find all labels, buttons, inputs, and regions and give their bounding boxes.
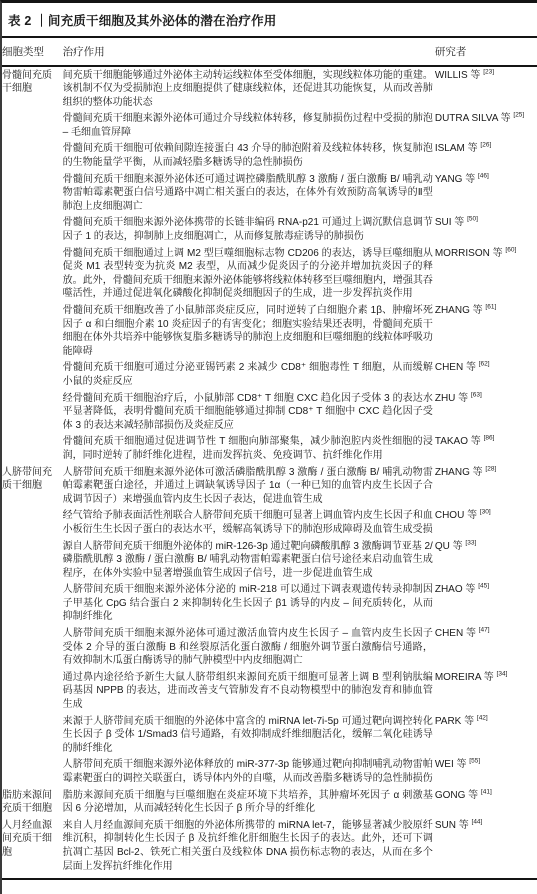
- table-header: 细胞类型 治疗作用 研究者: [2, 38, 537, 66]
- researcher-name: SUI 等 [50]: [435, 215, 537, 245]
- table-body: 骨髓间充质干细胞间充质干细胞能够通过外泌体主动转运线粒体至受体细胞，实现线粒体功…: [2, 66, 537, 879]
- researcher-name: CHEN 等 [47]: [435, 626, 537, 670]
- researcher-label: DUTRA SILVA 等: [435, 113, 514, 124]
- researcher-name: CHOU 等 [30]: [435, 508, 537, 538]
- reference-number: [25]: [513, 112, 524, 119]
- researcher-label: PARK 等: [435, 716, 477, 727]
- researcher-name: ZHANG 等 [28]: [435, 464, 537, 508]
- researcher-label: ZHANG 等: [435, 467, 486, 478]
- reference-number: [55]: [469, 758, 480, 765]
- therapeutic-effect-text: 经气管给予肺表面活性剂联合人脐带间充质干细胞可显著上调血管内皮生长因子和血小板衍…: [63, 508, 435, 538]
- reference-number: [63]: [471, 391, 482, 398]
- therapeutic-effect-text: 来源于人脐带间充质干细胞的外泌体中富含的 miRNA let-7i-5p 可通过…: [63, 713, 435, 757]
- researcher-name: GONG 等 [41]: [435, 787, 537, 817]
- table-row: 通过鼻内途径给予新生大鼠人脐带组织来源间充质干细胞可显著上调 B 型利钠肽编码基…: [2, 669, 537, 713]
- reference-number: [62]: [479, 361, 490, 368]
- therapeutic-effect-text: 骨髓间充质干细胞来源外泌体可通过介导线粒体转移，修复肺损伤过程中受损的肺泡 – …: [63, 111, 435, 141]
- cell-type-label: 人月经血源间充质干细胞: [2, 817, 63, 879]
- researcher-name: DUTRA SILVA 等 [25]: [435, 111, 537, 141]
- table-row: 人脐带间充质干细胞来源外泌体分泌的 miR-218 可以通过下调表观遗传转录抑制…: [2, 582, 537, 626]
- table-row: 脂肪来源间充质干细胞脂肪来源间充质干细胞与巨噬细胞在炎症环境下共培养，其肿瘤坏死…: [2, 787, 537, 817]
- researcher-label: ISLAM 等: [435, 143, 481, 154]
- researcher-name: MOREIRA 等 [34]: [435, 669, 537, 713]
- reference-number: [42]: [477, 714, 488, 721]
- table-title: 表 2 ｜间充质干细胞及其外泌体的潜在治疗作用: [2, 3, 537, 38]
- table-row: 来源于人脐带间充质干细胞的外泌体中富含的 miRNA let-7i-5p 可通过…: [2, 713, 537, 757]
- table-row: 经气管给予肺表面活性剂联合人脐带间充质干细胞可显著上调血管内皮生长因子和血小板衍…: [2, 508, 537, 538]
- therapeutic-effect-text: 来自人月经血源间充质干细胞的外泌体所携带的 miRNA let-7，能够显著减少…: [63, 817, 435, 879]
- table-row: 源自人脐带间充质干细胞外泌体的 miR-126-3p 通过靶向磷酸肌醇 3 激酶…: [2, 538, 537, 582]
- researcher-label: ZHU 等: [435, 393, 471, 404]
- table-row: 骨髓间充质干细胞来源外泌体可通过介导线粒体转移，修复肺损伤过程中受损的肺泡 – …: [2, 111, 537, 141]
- researcher-label: CHEN 等: [435, 628, 479, 639]
- table-row: 骨髓间充质干细胞来源外泌体还可通过调控磷脂酰肌醇 3 激酶 / 蛋白激酶 B/ …: [2, 171, 537, 215]
- researcher-name: YANG 等 [46]: [435, 171, 537, 215]
- table-row: 人脐带间充质干细胞来源外泌体释放的 miR-377-3p 能够通过靶向抑制哺乳动…: [2, 757, 537, 787]
- researcher-name: ISLAM 等 [26]: [435, 141, 537, 171]
- therapeutic-effect-text: 骨髓间充质干细胞来源外泌体携带的长链非编码 RNA-p21 可通过上调沉默信息调…: [63, 215, 435, 245]
- researcher-name: QU 等 [33]: [435, 538, 537, 582]
- table-row: 人月经血源间充质干细胞来自人月经血源间充质干细胞的外泌体所携带的 miRNA l…: [2, 817, 537, 879]
- researcher-label: WEI 等: [435, 759, 469, 770]
- column-header-researcher: 研究者: [435, 38, 537, 66]
- therapeutic-effect-text: 骨髓间充质干细胞来源外泌体还可通过调控磷脂酰肌醇 3 激酶 / 蛋白激酶 B/ …: [63, 171, 435, 215]
- reference-number: [33]: [465, 539, 476, 546]
- reference-number: [30]: [480, 509, 491, 516]
- reference-number: [44]: [472, 818, 483, 825]
- paper-table-page: 表 2 ｜间充质干细胞及其外泌体的潜在治疗作用 细胞类型 治疗作用 研究者 骨髓…: [0, 0, 537, 894]
- researcher-label: YANG 等: [435, 174, 478, 185]
- researcher-name: TAKAO 等 [86]: [435, 434, 537, 464]
- researcher-name: MORRISON 等 [60]: [435, 245, 537, 302]
- therapeutic-effect-text: 脂肪来源间充质干细胞与巨噬细胞在炎症环境下共培养，其肿瘤坏死因子 α 刺激基因 …: [63, 787, 435, 817]
- column-header-therapeutic-effect: 治疗作用: [63, 38, 435, 66]
- table-row: 骨髓间充质干细胞来源外泌体携带的长链非编码 RNA-p21 可通过上调沉默信息调…: [2, 215, 537, 245]
- column-header-cell-type: 细胞类型: [2, 38, 63, 66]
- researcher-name: WEI 等 [55]: [435, 757, 537, 787]
- reference-number: [60]: [505, 246, 516, 253]
- researcher-label: MOREIRA 等: [435, 672, 497, 683]
- table-row: 骨髓间充质干细胞可通过分泌亚锡钙素 2 来减少 CD8⁺ 细胞毒性 T 细胞，从…: [2, 360, 537, 390]
- therapeutic-effect-text: 人脐带间充质干细胞来源外泌体释放的 miR-377-3p 能够通过靶向抑制哺乳动…: [63, 757, 435, 787]
- researcher-name: ZHANG 等 [61]: [435, 303, 537, 360]
- researcher-name: ZHU 等 [63]: [435, 390, 537, 434]
- therapeutic-effect-text: 人脐带间充质干细胞来源外泌体可激活磷脂酰肌醇 3 激酶 / 蛋白激酶 B/ 哺乳…: [63, 464, 435, 508]
- table-row: 经骨髓间充质干细胞治疗后，小鼠肺部 CD8⁺ T 细胞 CXC 趋化因子受体 3…: [2, 390, 537, 434]
- reference-number: [34]: [497, 671, 508, 678]
- reference-number: [28]: [485, 465, 496, 472]
- therapeutic-effect-text: 人脐带间充质干细胞来源外泌体分泌的 miR-218 可以通过下调表观遗传转录抑制…: [63, 582, 435, 626]
- researcher-name: SUN 等 [44]: [435, 817, 537, 879]
- researcher-name: CHEN 等 [62]: [435, 360, 537, 390]
- cell-type-label: 脂肪来源间充质干细胞: [2, 787, 63, 817]
- researcher-label: SUN 等: [435, 820, 472, 831]
- reference-number: [50]: [467, 216, 478, 223]
- reference-number: [47]: [479, 627, 490, 634]
- reference-number: [26]: [480, 142, 491, 149]
- cell-type-label: 骨髓间充质干细胞: [2, 66, 63, 464]
- table-header-row: 细胞类型 治疗作用 研究者: [2, 38, 537, 66]
- therapeutic-effect-text: 人脐带间充质干细胞来源外泌体可通过激活血管内皮生长因子 – 血管内皮生长因子受体…: [63, 626, 435, 670]
- researcher-name: ZHAO 等 [45]: [435, 582, 537, 626]
- researcher-label: TAKAO 等: [435, 436, 484, 447]
- researcher-label: ZHAO 等: [435, 584, 478, 595]
- researcher-label: WILLIS 等: [435, 70, 483, 81]
- table-row: 骨髓间充质干细胞通过上调 M2 型巨噬细胞标志物 CD206 的表达，诱导巨噬细…: [2, 245, 537, 302]
- researcher-label: GONG 等: [435, 790, 481, 801]
- researcher-label: MORRISON 等: [435, 248, 506, 259]
- table-row: 骨髓间充质干细胞通过促进调节性 T 细胞向肺部聚集，减少肺泡腔内炎性细胞的浸润，…: [2, 434, 537, 464]
- researcher-name: WILLIS 等 [23]: [435, 66, 537, 111]
- researcher-label: CHOU 等: [435, 510, 480, 521]
- therapeutic-effect-text: 骨髓间充质干细胞可通过分泌亚锡钙素 2 来减少 CD8⁺ 细胞毒性 T 细胞，从…: [63, 360, 435, 390]
- cell-type-label: 人脐带间充质干细胞: [2, 464, 63, 787]
- therapeutic-effect-text: 源自人脐带间充质干细胞外泌体的 miR-126-3p 通过靶向磷酸肌醇 3 激酶…: [63, 538, 435, 582]
- therapeutic-effect-text: 间充质干细胞能够通过外泌体主动转运线粒体至受体细胞，实现线粒体功能的重建。该机制…: [63, 66, 435, 111]
- table-row: 骨髓间充质干细胞改善了小鼠肺部炎症反应，同时逆转了白细胞介素 1β、肿瘤坏死因子…: [2, 303, 537, 360]
- therapeutic-effect-text: 骨髓间充质干细胞改善了小鼠肺部炎症反应，同时逆转了白细胞介素 1β、肿瘤坏死因子…: [63, 303, 435, 360]
- researcher-name: PARK 等 [42]: [435, 713, 537, 757]
- therapeutic-effects-table: 细胞类型 治疗作用 研究者 骨髓间充质干细胞间充质干细胞能够通过外泌体主动转运线…: [2, 38, 537, 880]
- table-row: 骨髓间充质干细胞可依赖间隙连接蛋白 43 介导的肺泡附着及线粒体转移，恢复肺泡的…: [2, 141, 537, 171]
- therapeutic-effect-text: 通过鼻内途径给予新生大鼠人脐带组织来源间充质干细胞可显著上调 B 型利钠肽编码基…: [63, 669, 435, 713]
- therapeutic-effect-text: 骨髓间充质干细胞可依赖间隙连接蛋白 43 介导的肺泡附着及线粒体转移，恢复肺泡的…: [63, 141, 435, 171]
- reference-number: [61]: [485, 304, 496, 311]
- reference-number: [41]: [481, 788, 492, 795]
- reference-number: [46]: [478, 172, 489, 179]
- researcher-label: ZHANG 等: [435, 305, 486, 316]
- table-row: 人脐带间充质干细胞人脐带间充质干细胞来源外泌体可激活磷脂酰肌醇 3 激酶 / 蛋…: [2, 464, 537, 508]
- reference-number: [23]: [483, 68, 494, 75]
- researcher-label: CHEN 等: [435, 362, 479, 373]
- therapeutic-effect-text: 骨髓间充质干细胞通过促进调节性 T 细胞向肺部聚集，减少肺泡腔内炎性细胞的浸润，…: [63, 434, 435, 464]
- researcher-label: SUI 等: [435, 217, 467, 228]
- reference-number: [86]: [484, 435, 495, 442]
- therapeutic-effect-text: 经骨髓间充质干细胞治疗后，小鼠肺部 CD8⁺ T 细胞 CXC 趋化因子受体 3…: [63, 390, 435, 434]
- therapeutic-effect-text: 骨髓间充质干细胞通过上调 M2 型巨噬细胞标志物 CD206 的表达，诱导巨噬细…: [63, 245, 435, 302]
- researcher-label: QU 等: [435, 541, 466, 552]
- reference-number: [45]: [478, 583, 489, 590]
- table-row: 骨髓间充质干细胞间充质干细胞能够通过外泌体主动转运线粒体至受体细胞，实现线粒体功…: [2, 66, 537, 111]
- table-row: 人脐带间充质干细胞来源外泌体可通过激活血管内皮生长因子 – 血管内皮生长因子受体…: [2, 626, 537, 670]
